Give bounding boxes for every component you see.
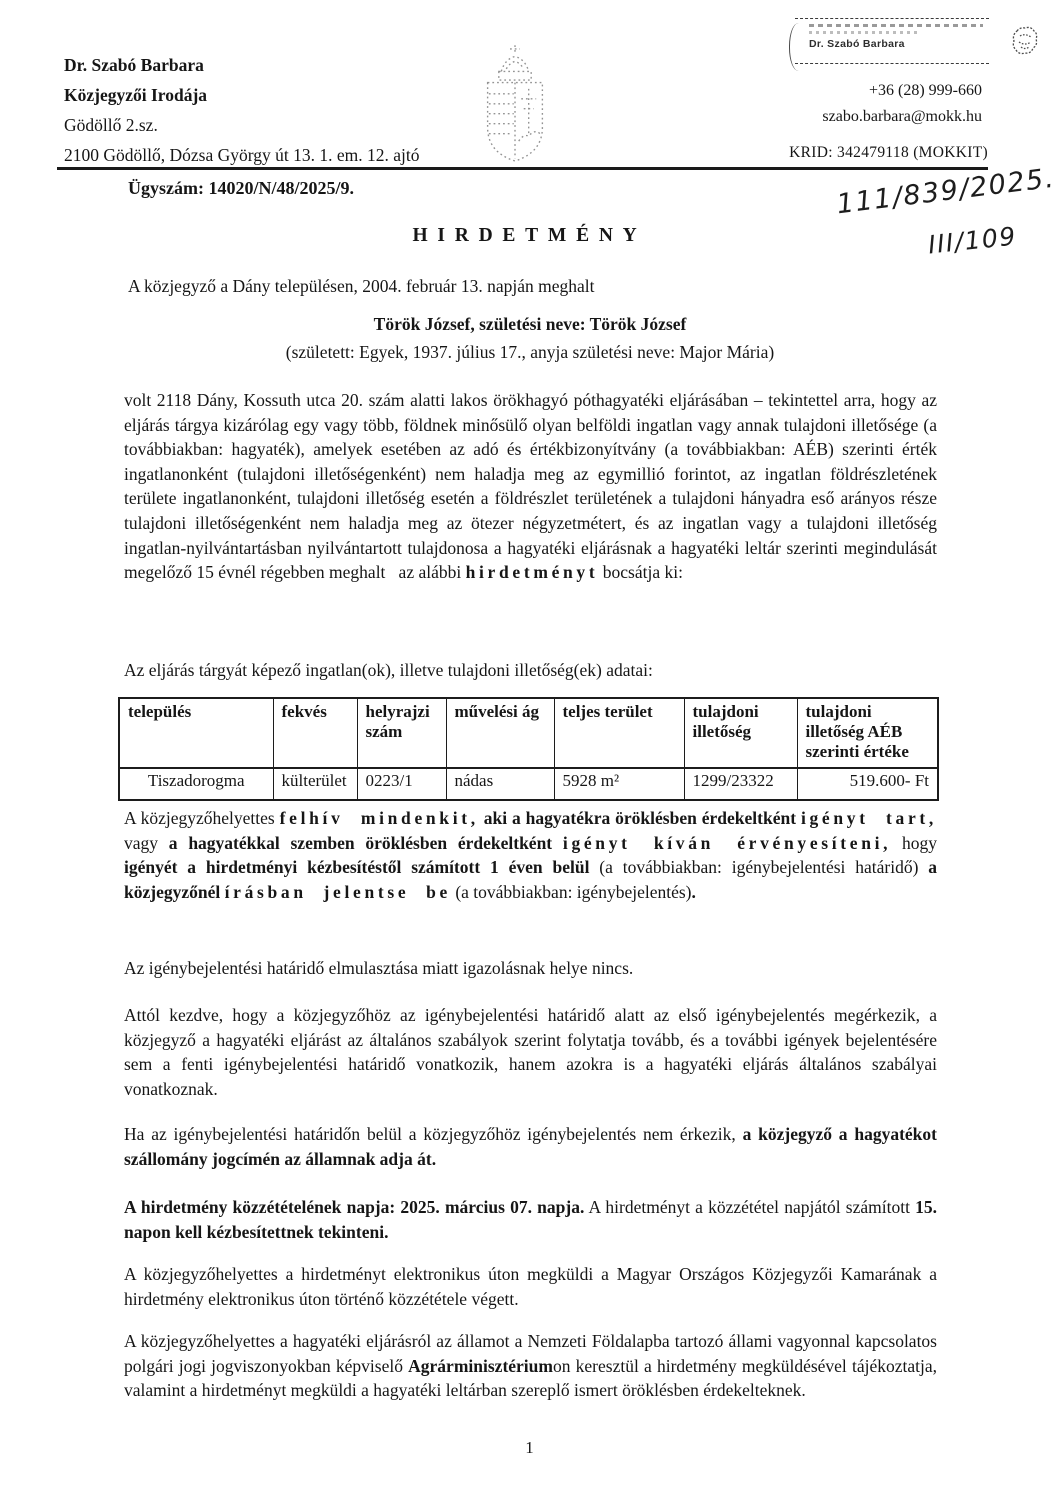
cell-aeb-ertek: 519.600- Ft (797, 768, 938, 800)
paragraph-publication-date: A hirdetmény közzétételének napja: 2025.… (124, 1195, 937, 1244)
paragraph-first-claim-effect: Attól kezdve, hogy a közjegyzőhöz az igé… (124, 1003, 937, 1101)
table-intro-line: Az eljárás tárgyát képező ingatlan(ok), … (124, 658, 937, 683)
paragraph-no-justification: Az igénybejelentési határidő elmulasztás… (124, 956, 937, 981)
col-header-teljes-terulet: teljes terület (554, 698, 684, 768)
letterhead-contact-block: +36 (28) 999-660 szabo.barbara@mokk.hu (660, 78, 982, 130)
letterhead-divider (57, 167, 988, 170)
hungarian-coat-of-arms-icon (476, 44, 554, 171)
cell-teljes-terulet: 5928 m² (554, 768, 684, 800)
krid-line: KRID: 342479118 (MOKKIT) (660, 144, 988, 162)
phone-number: +36 (28) 999-660 (660, 78, 982, 104)
stamp-illegible-line-2 (809, 31, 917, 34)
col-header-helyrajzi-szam: helyrajzi szám (357, 698, 446, 768)
stamp-illegible-line (809, 24, 983, 27)
handwritten-registry-number: 111/839/2025. (835, 163, 1057, 221)
document-page: Dr. Szabó Barbara Közjegyzői Irodája Göd… (0, 0, 1059, 1498)
col-header-telepules: település (119, 698, 273, 768)
cell-muvelesi-ag: nádas (446, 768, 554, 800)
document-title: HIRDETMÉNY (0, 225, 1059, 247)
col-header-tulajdoni-illetoseg: tulajdoni illetőség (684, 698, 797, 768)
property-table: település fekvés helyrajzi szám művelési… (118, 697, 939, 801)
signature-stamp: Dr. Szabó Barbara (795, 18, 989, 64)
col-header-aeb-ertek: tulajdoni illetőség AÉB szerinti értéke (797, 698, 938, 768)
office-name: Közjegyzői Irodája (64, 80, 419, 110)
deceased-name-line: Török József, születési neve: Török Józs… (124, 314, 936, 335)
notary-seal-icon (1011, 25, 1039, 62)
paragraph-proceeding-description: volt 2118 Dány, Kossuth utca 20. szám al… (124, 388, 937, 585)
table-header-row: település fekvés helyrajzi szám művelési… (119, 698, 938, 768)
paragraph-escheat-to-state: Ha az igénybejelentési határidőn belül a… (124, 1122, 937, 1171)
stamp-signer-name: Dr. Szabó Barbara (809, 38, 983, 50)
deceased-birth-line: (született: Egyek, 1937. július 17., any… (124, 342, 936, 363)
case-number: Ügyszám: 14020/N/48/2025/9. (128, 178, 354, 199)
email-address: szabo.barbara@mokk.hu (660, 104, 982, 130)
paragraph-ministry-notification: A közjegyzőhelyettes a hagyatéki eljárás… (124, 1329, 937, 1403)
cell-fekves: külterület (273, 768, 357, 800)
office-address: 2100 Gödöllő, Dózsa György út 13. 1. em.… (64, 140, 419, 170)
table-row: Tiszadorogma külterület 0223/1 nádas 592… (119, 768, 938, 800)
paragraph-electronic-publication: A közjegyzőhelyettes a hirdetményt elekt… (124, 1262, 937, 1311)
letterhead-office-block: Dr. Szabó Barbara Közjegyzői Irodája Göd… (64, 50, 419, 170)
cell-telepules: Tiszadorogma (119, 768, 273, 800)
col-header-fekves: fekvés (273, 698, 357, 768)
cell-tulajdoni-illetoseg: 1299/23322 (684, 768, 797, 800)
notary-name: Dr. Szabó Barbara (64, 50, 419, 80)
page-number: 1 (0, 1438, 1059, 1458)
intro-line: A közjegyző a Dány településen, 2004. fe… (128, 276, 595, 297)
paragraph-call-to-claimants: A közjegyzőhelyettes felhív mindenkit, a… (124, 806, 937, 904)
col-header-muvelesi-ag: művelési ág (446, 698, 554, 768)
office-number: Gödöllő 2.sz. (64, 110, 419, 140)
cell-helyrajzi-szam: 0223/1 (357, 768, 446, 800)
